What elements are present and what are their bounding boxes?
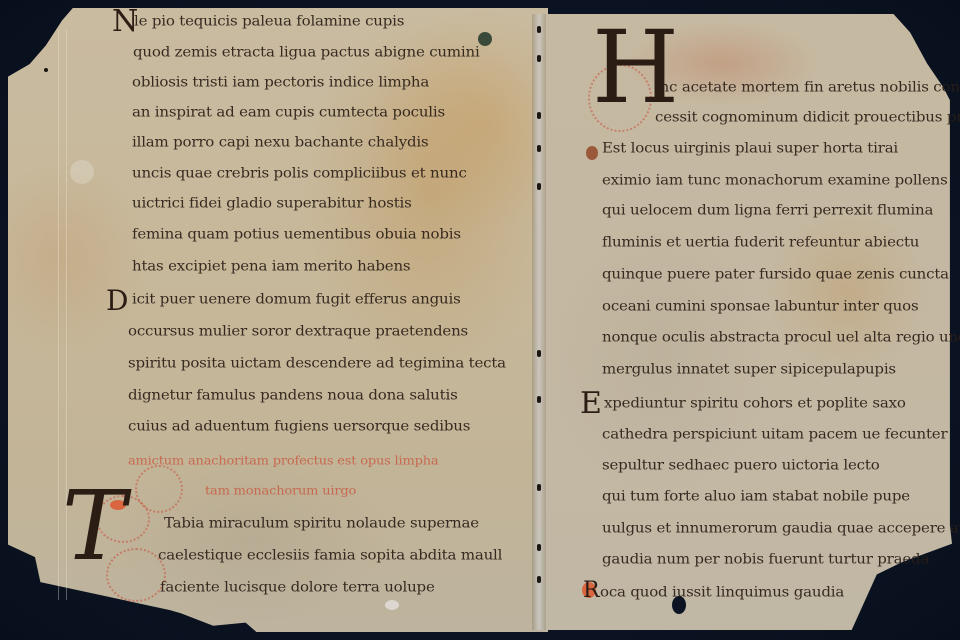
text-line: dignetur famulus pandens noua dona salut… [128, 387, 458, 403]
stitch-hole [537, 55, 541, 62]
text-line: caelestique ecclesiis famia sopita abdit… [158, 547, 502, 563]
text-line: mergulus innatet super sipicepulapupis [602, 361, 896, 377]
text-line: faciente lucisque dolore terra uolupe [160, 579, 435, 595]
stitch-hole [537, 112, 541, 119]
text-line: femina quam potius uementibus obuia nobi… [132, 226, 461, 242]
text-line: cathedra perspiciunt uitam pacem ue fecu… [602, 426, 947, 442]
text-line: cessit cognominum didicit prouectibus pr… [655, 109, 960, 125]
text-line: quod zemis etracta ligua pactus abigne c… [133, 44, 480, 60]
text-line: qui uelocem dum ligna ferri perrexit flu… [602, 202, 933, 218]
decorated-initial-h: H [592, 18, 679, 118]
stitch-hole [537, 396, 541, 403]
binding-gutter [532, 14, 546, 630]
text-line: gaudia num per nobis fuerunt turtur prae… [602, 551, 929, 567]
text-line: xpediuntur spiritu cohors et poplite sax… [604, 395, 906, 411]
text-line: sepultur sedhaec puero uictoria lecto [602, 457, 880, 473]
text-line: htas excipiet pena iam merito habens [132, 258, 410, 274]
initial-red-fill [586, 146, 598, 160]
initial-r: R [583, 578, 600, 603]
text-line: Tabia miraculum spiritu nolaude supernae [164, 515, 479, 531]
text-line: obliosis tristi iam pectoris indice limp… [132, 74, 429, 90]
worn-spot [70, 160, 94, 184]
initial-e: E [580, 386, 602, 421]
text-line: spiritu posita uictam descendere ad tegi… [128, 355, 506, 371]
stitch-hole [537, 576, 541, 583]
text-line: Est locus uirginis plaui super horta tir… [602, 140, 898, 156]
text-line: quinque puere pater fursido quae zenis c… [602, 266, 949, 282]
text-line: oca quod iussit linquimus gaudia [600, 584, 844, 600]
text-line: occursus mulier soror dextraque praetend… [128, 323, 468, 339]
stitch-hole [537, 350, 541, 357]
text-line: qui tum forte aluo iam stabat nobile pup… [602, 488, 910, 504]
stain [478, 32, 492, 46]
text-line: oceani cumini sponsae labuntur inter quo… [602, 298, 918, 314]
text-line: fluminis et uertia fuderit refeuntur abi… [602, 234, 919, 250]
text-line: uncis quae crebris polis compliciibus et… [132, 165, 467, 181]
ruling-line [58, 30, 59, 600]
text-line: cuius ad aduentum fugiens uersorque sedi… [128, 418, 470, 434]
text-line: eximio iam tunc monachorum examine polle… [602, 172, 948, 188]
stitch-hole [537, 145, 541, 152]
text-line: an inspirat ad eam cupis cumtecta poculi… [132, 104, 445, 120]
initial-d: D [106, 284, 128, 317]
text-line: uictrici fidei gladio superabitur hostis [132, 195, 412, 211]
rubric-line: tam monachorum uirgo [205, 485, 356, 499]
worn-spot [385, 600, 399, 610]
text-line: nonque oculis abstracta procul uel alta … [602, 329, 960, 345]
rubric-line: amictum anachoritam profectus est opus l… [128, 455, 438, 469]
stitch-hole [537, 484, 541, 491]
stitch-hole [537, 544, 541, 551]
stitch-hole [537, 183, 541, 190]
text-line: icit puer uenere domum fugit efferus ang… [132, 291, 461, 307]
stitch-hole [537, 26, 541, 33]
text-line: inc acetate mortem fin aretus nobilis co… [655, 79, 960, 95]
text-line: illam porro capi nexu bachante chalydis [132, 134, 429, 150]
text-line: uulgus et innumerorum gaudia quae accepe… [602, 520, 960, 536]
stain [44, 68, 48, 72]
text-line: le pio tequicis paleua folamine cupis [134, 13, 404, 29]
